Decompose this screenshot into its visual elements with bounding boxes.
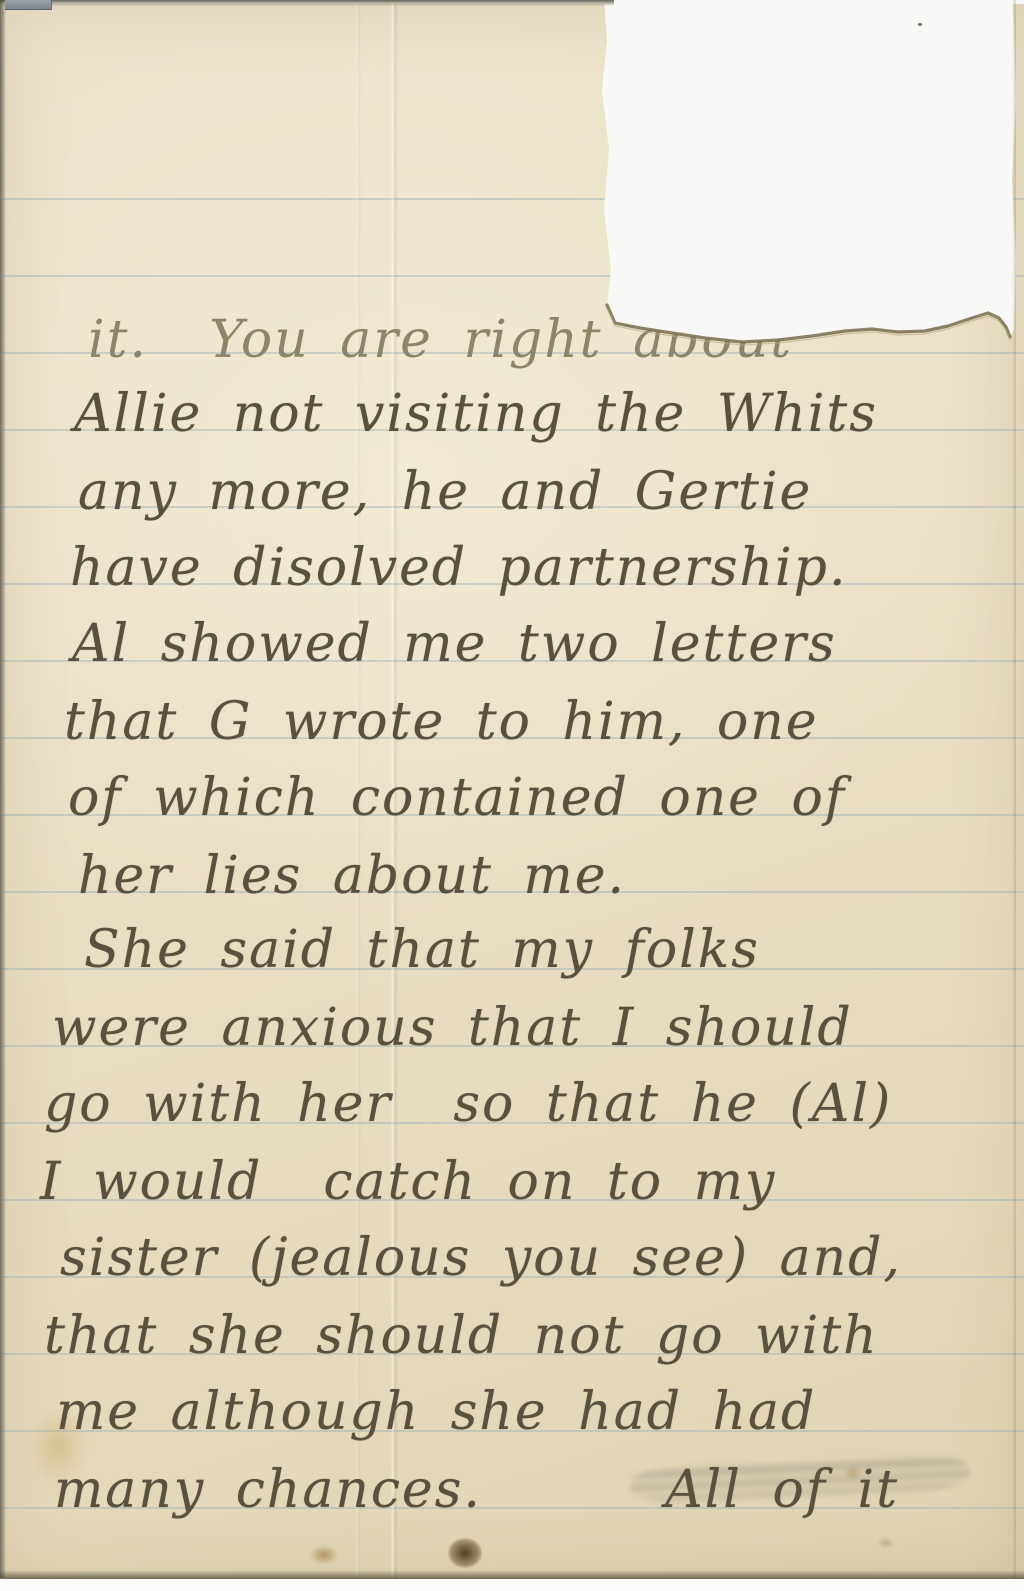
scanner-background-bottom xyxy=(0,1579,1024,1591)
handwritten-line: were anxious that I should xyxy=(52,998,853,1058)
handwritten-line: of which contained one of xyxy=(68,768,846,828)
handwritten-line: that G wrote to him, one xyxy=(64,692,819,752)
paper-bottom-edge-shadow xyxy=(0,1570,1024,1579)
handwritten-line: Allie not visiting the Whits xyxy=(74,384,878,444)
torn-corner xyxy=(598,0,1024,350)
handwritten-line: She said that my folks xyxy=(84,920,760,980)
paper-right-deckle-edge xyxy=(1012,0,1016,1578)
handwritten-line: Al showed me two letters xyxy=(72,614,837,674)
handwritten-line: any more, he and Gertie xyxy=(78,462,812,522)
scan-background: it. You are right about Allie not visiti… xyxy=(0,0,1024,1591)
handwritten-line: her lies about me. xyxy=(78,846,626,906)
torn-area-white xyxy=(602,0,1016,342)
handwritten-line: many chances. All of it xyxy=(54,1460,899,1520)
handwritten-line: I would catch on to my xyxy=(40,1152,776,1212)
paper-top-edge-shadow xyxy=(0,0,614,6)
scan-speck xyxy=(918,23,922,26)
paper-clip-fragment xyxy=(5,0,52,10)
handwritten-line: that she should not go with xyxy=(44,1306,879,1366)
handwritten-line: sister (jealous you see) and, xyxy=(60,1228,902,1288)
handwritten-line: go with her so that he (Al) xyxy=(44,1074,892,1134)
paper-left-edge-shadow xyxy=(0,0,6,1578)
handwritten-line: me although she had had xyxy=(56,1382,816,1442)
handwritten-line: have disolved partnership. xyxy=(70,538,847,598)
